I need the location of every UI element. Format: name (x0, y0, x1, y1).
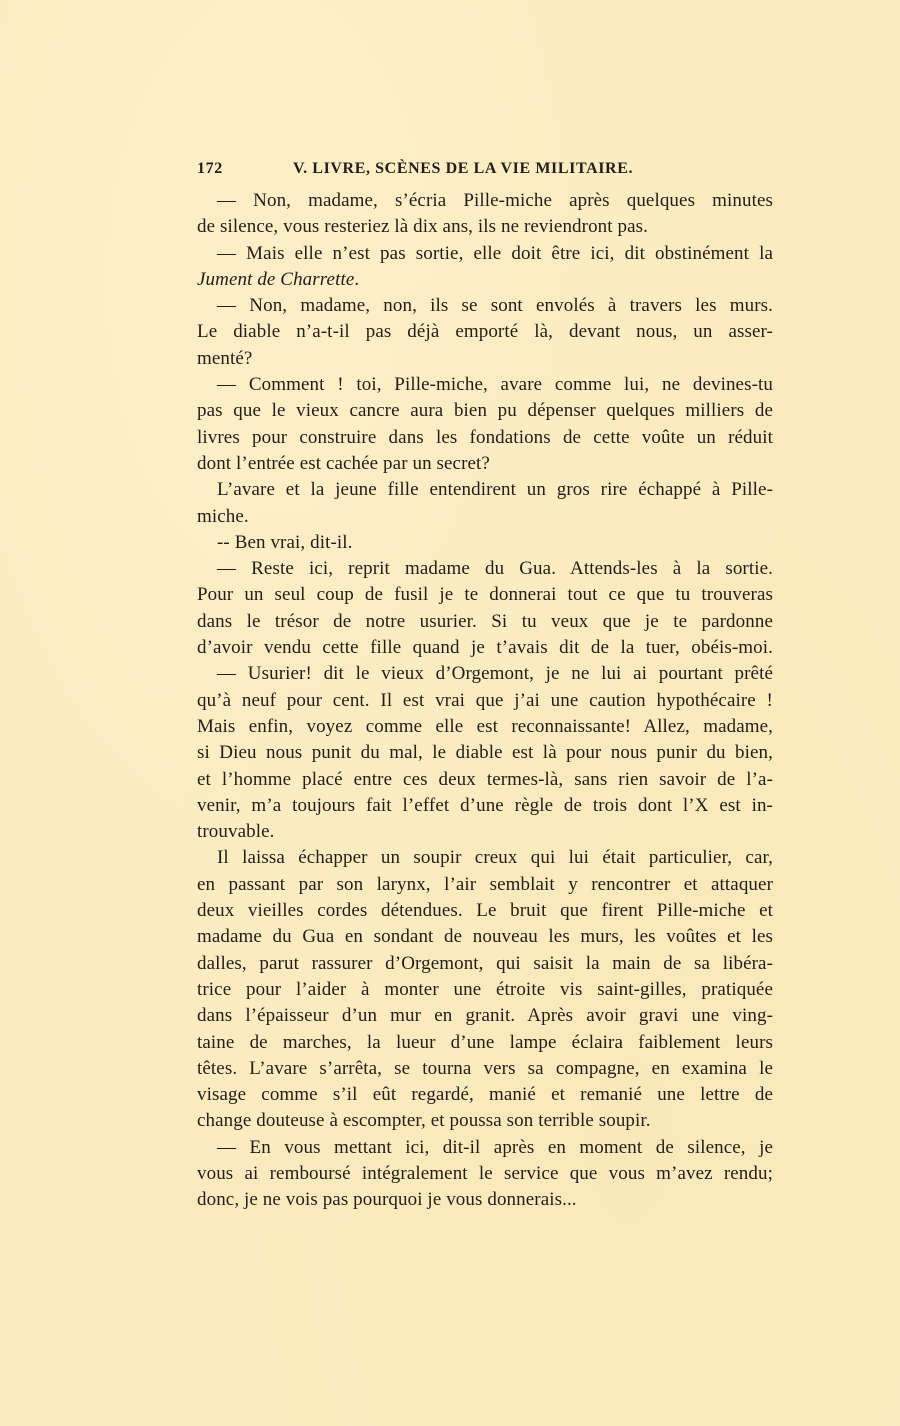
text-line: pas que le vieux cancre aura bien pu dép… (197, 398, 773, 424)
text-line: Mais enfin, voyez comme elle est reconna… (197, 714, 773, 740)
text-line: visage comme s’il eût regardé, manié et … (197, 1082, 773, 1108)
paragraph: — Reste ici, reprit madame du Gua. Atten… (197, 556, 773, 661)
text-line: trouvable. (197, 819, 773, 845)
text-line: miche. (197, 504, 773, 530)
text-line: deux vieilles cordes détendues. Le bruit… (197, 898, 773, 924)
paragraph: -- Ben vrai, dit-il. (197, 530, 773, 556)
running-head: 172 V. LIVRE, SCÈNES DE LA VIE MILITAIRE… (197, 156, 773, 182)
page-number: 172 (197, 156, 223, 182)
page-text-block: 172 V. LIVRE, SCÈNES DE LA VIE MILITAIRE… (197, 156, 773, 1214)
text-line: — Non, madame, non, ils se sont envolés … (197, 293, 773, 319)
text-line: d’avoir vendu cette fille quand je t’ava… (197, 635, 773, 661)
paragraph: — Non, madame, non, ils se sont envolés … (197, 293, 773, 372)
paragraph: — Comment ! toi, Pille-miche, avare comm… (197, 372, 773, 477)
text-line: en passant par son larynx, l’air semblai… (197, 872, 773, 898)
text-line: dans le trésor de notre usurier. Si tu v… (197, 609, 773, 635)
text-line: Pour un seul coup de fusil je te donnera… (197, 582, 773, 608)
paragraph: — Usurier! dit le vieux d’Orgemont, je n… (197, 661, 773, 845)
text-line: de silence, vous resteriez là dix ans, i… (197, 214, 773, 240)
text-line: — Mais elle n’est pas sortie, elle doit … (197, 241, 773, 267)
text-line: livres pour construire dans les fondatio… (197, 425, 773, 451)
text-line: menté? (197, 346, 773, 372)
text-line: madame du Gua en sondant de nouveau les … (197, 924, 773, 950)
text-line: — Comment ! toi, Pille-miche, avare comm… (197, 372, 773, 398)
paragraph: — Non, madame, s’écria Pille-miche après… (197, 188, 773, 241)
book-page: 172 V. LIVRE, SCÈNES DE LA VIE MILITAIRE… (0, 0, 900, 1426)
paragraph: Il laissa échapper un soupir creux qui l… (197, 845, 773, 1134)
text-line: dalles, parut rassurer d’Orgemont, qui s… (197, 951, 773, 977)
text-line: qu’à neuf pour cent. Il est vrai que j’a… (197, 688, 773, 714)
paragraph: L’avare et la jeune fille entendirent un… (197, 477, 773, 530)
text-line: si Dieu nous punit du mal, le diable est… (197, 740, 773, 766)
text-line: — En vous mettant ici, dit-il après en m… (197, 1135, 773, 1161)
text-line: venir, m’a toujours fait l’effet d’une r… (197, 793, 773, 819)
italic-name: Jument de Charrette (197, 269, 354, 290)
text-line: vous ai remboursé intégralement le servi… (197, 1161, 773, 1187)
running-head-title: V. LIVRE, SCÈNES DE LA VIE MILITAIRE. (293, 156, 633, 182)
text-line: change douteuse à escompter, et poussa s… (197, 1108, 773, 1134)
text-line: -- Ben vrai, dit-il. (197, 530, 773, 556)
text-line: taine de marches, la lueur d’une lampe é… (197, 1030, 773, 1056)
paragraph: — En vous mettant ici, dit-il après en m… (197, 1135, 773, 1214)
text-line: — Reste ici, reprit madame du Gua. Atten… (197, 556, 773, 582)
text-line: Il laissa échapper un soupir creux qui l… (197, 845, 773, 871)
text-line: donc, je ne vois pas pourquoi je vous do… (197, 1187, 773, 1213)
text-line: — Non, madame, s’écria Pille-miche après… (197, 188, 773, 214)
text-line: Jument de Charrette. (197, 267, 773, 293)
text-line: et l’homme placé entre ces deux termes-l… (197, 767, 773, 793)
text-line: dans l’épaisseur d’un mur en granit. Apr… (197, 1003, 773, 1029)
punctuation: . (354, 269, 359, 290)
text-line: Le diable n’a-t-il pas déjà emporté là, … (197, 319, 773, 345)
text-line: trice pour l’aider à monter une étroite … (197, 977, 773, 1003)
text-line: L’avare et la jeune fille entendirent un… (197, 477, 773, 503)
text-line: dont l’entrée est cachée par un secret? (197, 451, 773, 477)
text-line: têtes. L’avare s’arrêta, se tourna vers … (197, 1056, 773, 1082)
text-line: — Usurier! dit le vieux d’Orgemont, je n… (197, 661, 773, 687)
paragraph: — Mais elle n’est pas sortie, elle doit … (197, 241, 773, 294)
